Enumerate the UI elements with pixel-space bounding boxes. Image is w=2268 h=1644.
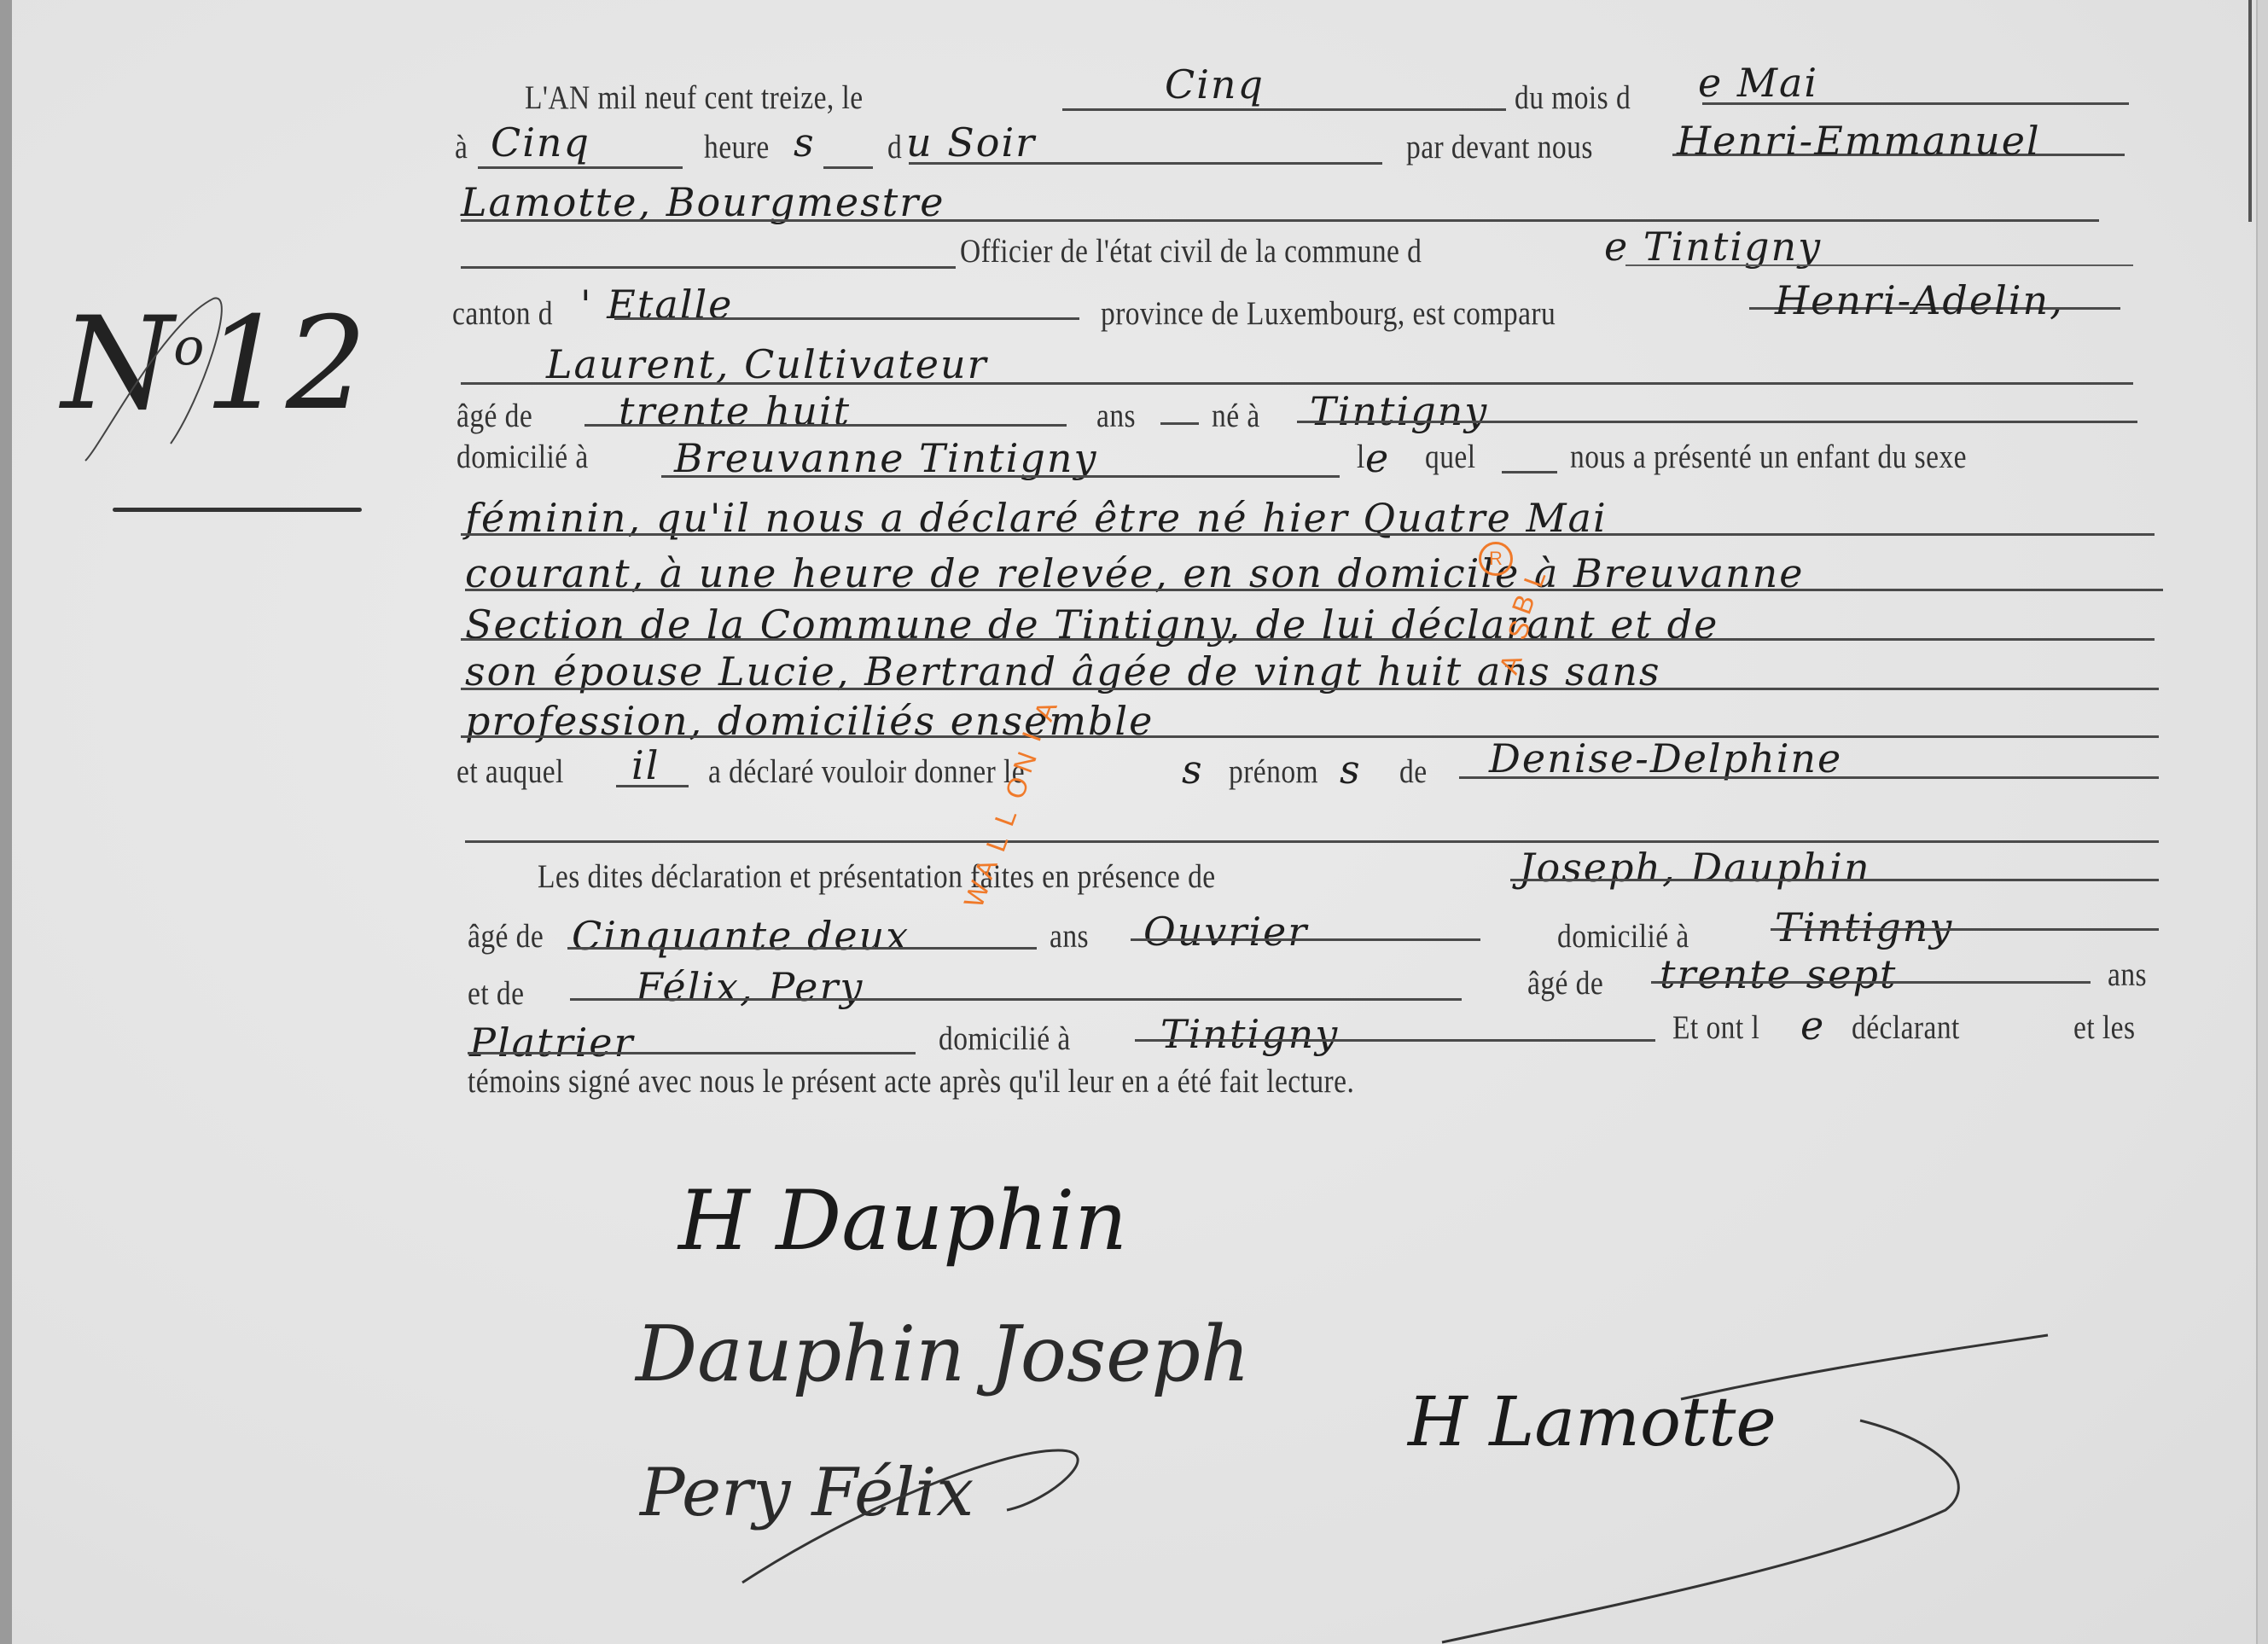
registered-trademark-icon: R [1479,542,1513,576]
signature-flourishes [0,0,2268,1644]
